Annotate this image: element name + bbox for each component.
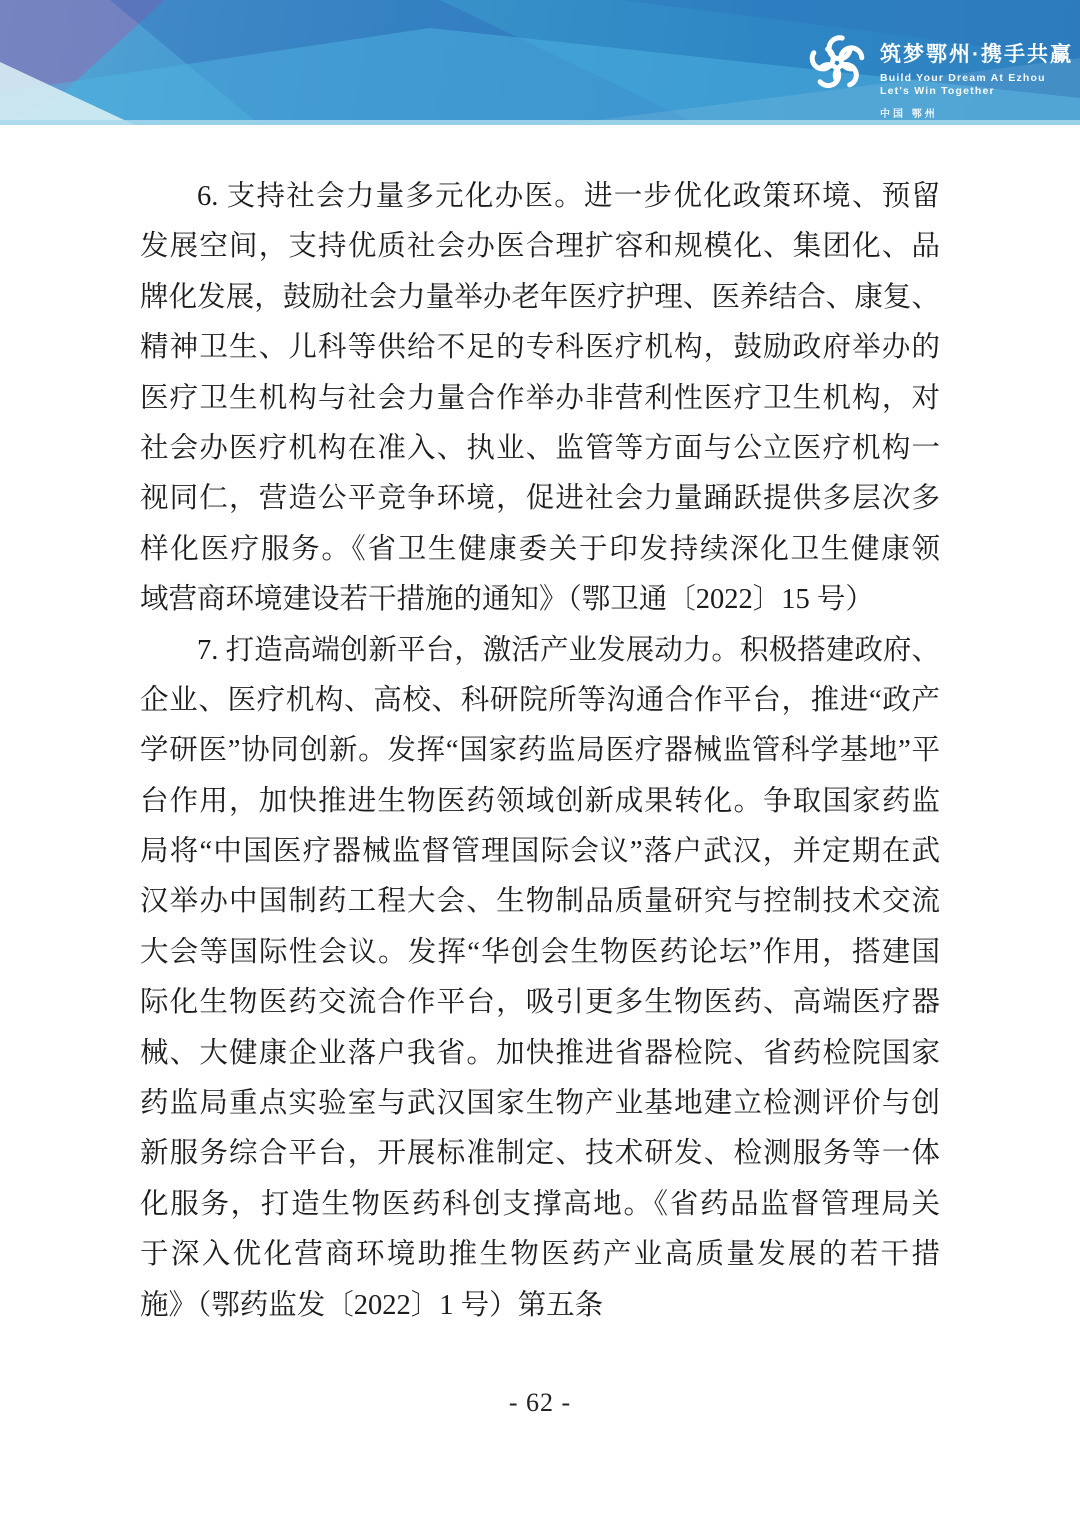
doc-line: 发展空间，支持优质社会办医合理扩容和规模化、集团化、品 [140, 222, 940, 272]
doc-line: 域营商环境建设若干措施的通知》（鄂卫通〔2022〕15 号） [140, 575, 940, 625]
document-page: 筑梦鄂州·携手共赢 Build Your Dream At Ezhou Let'… [0, 0, 1080, 1528]
logo-text-block: 筑梦鄂州·携手共赢 Build Your Dream At Ezhou Let'… [880, 26, 1073, 120]
document-body: 6. 支持社会力量多元化办医。进一步优化政策环境、预留 发展空间，支持优质社会办… [140, 172, 940, 1331]
doc-line: 样化医疗服务。《省卫生健康委关于印发持续深化卫生健康领 [140, 525, 940, 575]
doc-line: 精神卫生、儿科等供给不足的专科医疗机构，鼓励政府举办的 [140, 323, 940, 373]
page-number: - 62 - [0, 1388, 1080, 1418]
doc-line: 牌化发展，鼓励社会力量举办老年医疗护理、医养结合、康复、 [140, 273, 940, 323]
flower-swirl-icon [806, 26, 868, 98]
doc-line: 台作用，加快推进生物医药领域创新成果转化。争取国家药监 [140, 777, 940, 827]
doc-line: 汉举办中国制药工程大会、生物制品质量研究与控制技术交流 [140, 877, 940, 927]
doc-line: 新服务综合平台，开展标准制定、技术研发、检测服务等一体 [140, 1129, 940, 1179]
logo-region-label: 中国 鄂州 [880, 105, 1073, 120]
doc-line: 施》（鄂药监发〔2022〕1 号）第五条 [140, 1281, 940, 1331]
doc-line: 医疗卫生机构与社会力量合作举办非营利性医疗卫生机构，对 [140, 374, 940, 424]
doc-line: 于深入优化营商环境助推生物医药产业高质量发展的若干措 [140, 1230, 940, 1280]
doc-line: 械、大健康企业落户我省。加快推进省器检院、省药检院国家 [140, 1029, 940, 1079]
doc-line: 局将“中国医疗器械监督管理国际会议”落户武汉，并定期在武 [140, 827, 940, 877]
doc-line: 视同仁，营造公平竞争环境，促进社会力量踊跃提供多层次多 [140, 474, 940, 524]
doc-line: 化服务，打造生物医药科创支撑高地。《省药品监督管理局关 [140, 1180, 940, 1230]
doc-line: 际化生物医药交流合作平台，吸引更多生物医药、高端医疗器 [140, 978, 940, 1028]
doc-line: 6. 支持社会力量多元化办医。进一步优化政策环境、预留 [140, 172, 940, 222]
logo-subtitle-en-1: Build Your Dream At Ezhou [880, 72, 1073, 85]
doc-line: 社会办医疗机构在准入、执业、监管等方面与公立医疗机构一 [140, 424, 940, 474]
doc-line: 企业、医疗机构、高校、科研院所等沟通合作平台，推进“政产 [140, 676, 940, 726]
logo-subtitle-en-2: Let's Win Together [880, 85, 1073, 98]
doc-line: 药监局重点实验室与武汉国家生物产业基地建立检测评价与创 [140, 1079, 940, 1129]
logo-title: 筑梦鄂州·携手共赢 [880, 42, 1073, 68]
doc-line: 大会等国际性会议。发挥“华创会生物医药论坛”作用，搭建国 [140, 928, 940, 978]
doc-line: 7. 打造高端创新平台，激活产业发展动力。积极搭建政府、 [140, 626, 940, 676]
header-banner: 筑梦鄂州·携手共赢 Build Your Dream At Ezhou Let'… [0, 0, 1080, 125]
doc-line: 学研医”协同创新。发挥“国家药监局医疗器械监管科学基地”平 [140, 726, 940, 776]
ezhou-logo: 筑梦鄂州·携手共赢 Build Your Dream At Ezhou Let'… [806, 26, 1073, 120]
